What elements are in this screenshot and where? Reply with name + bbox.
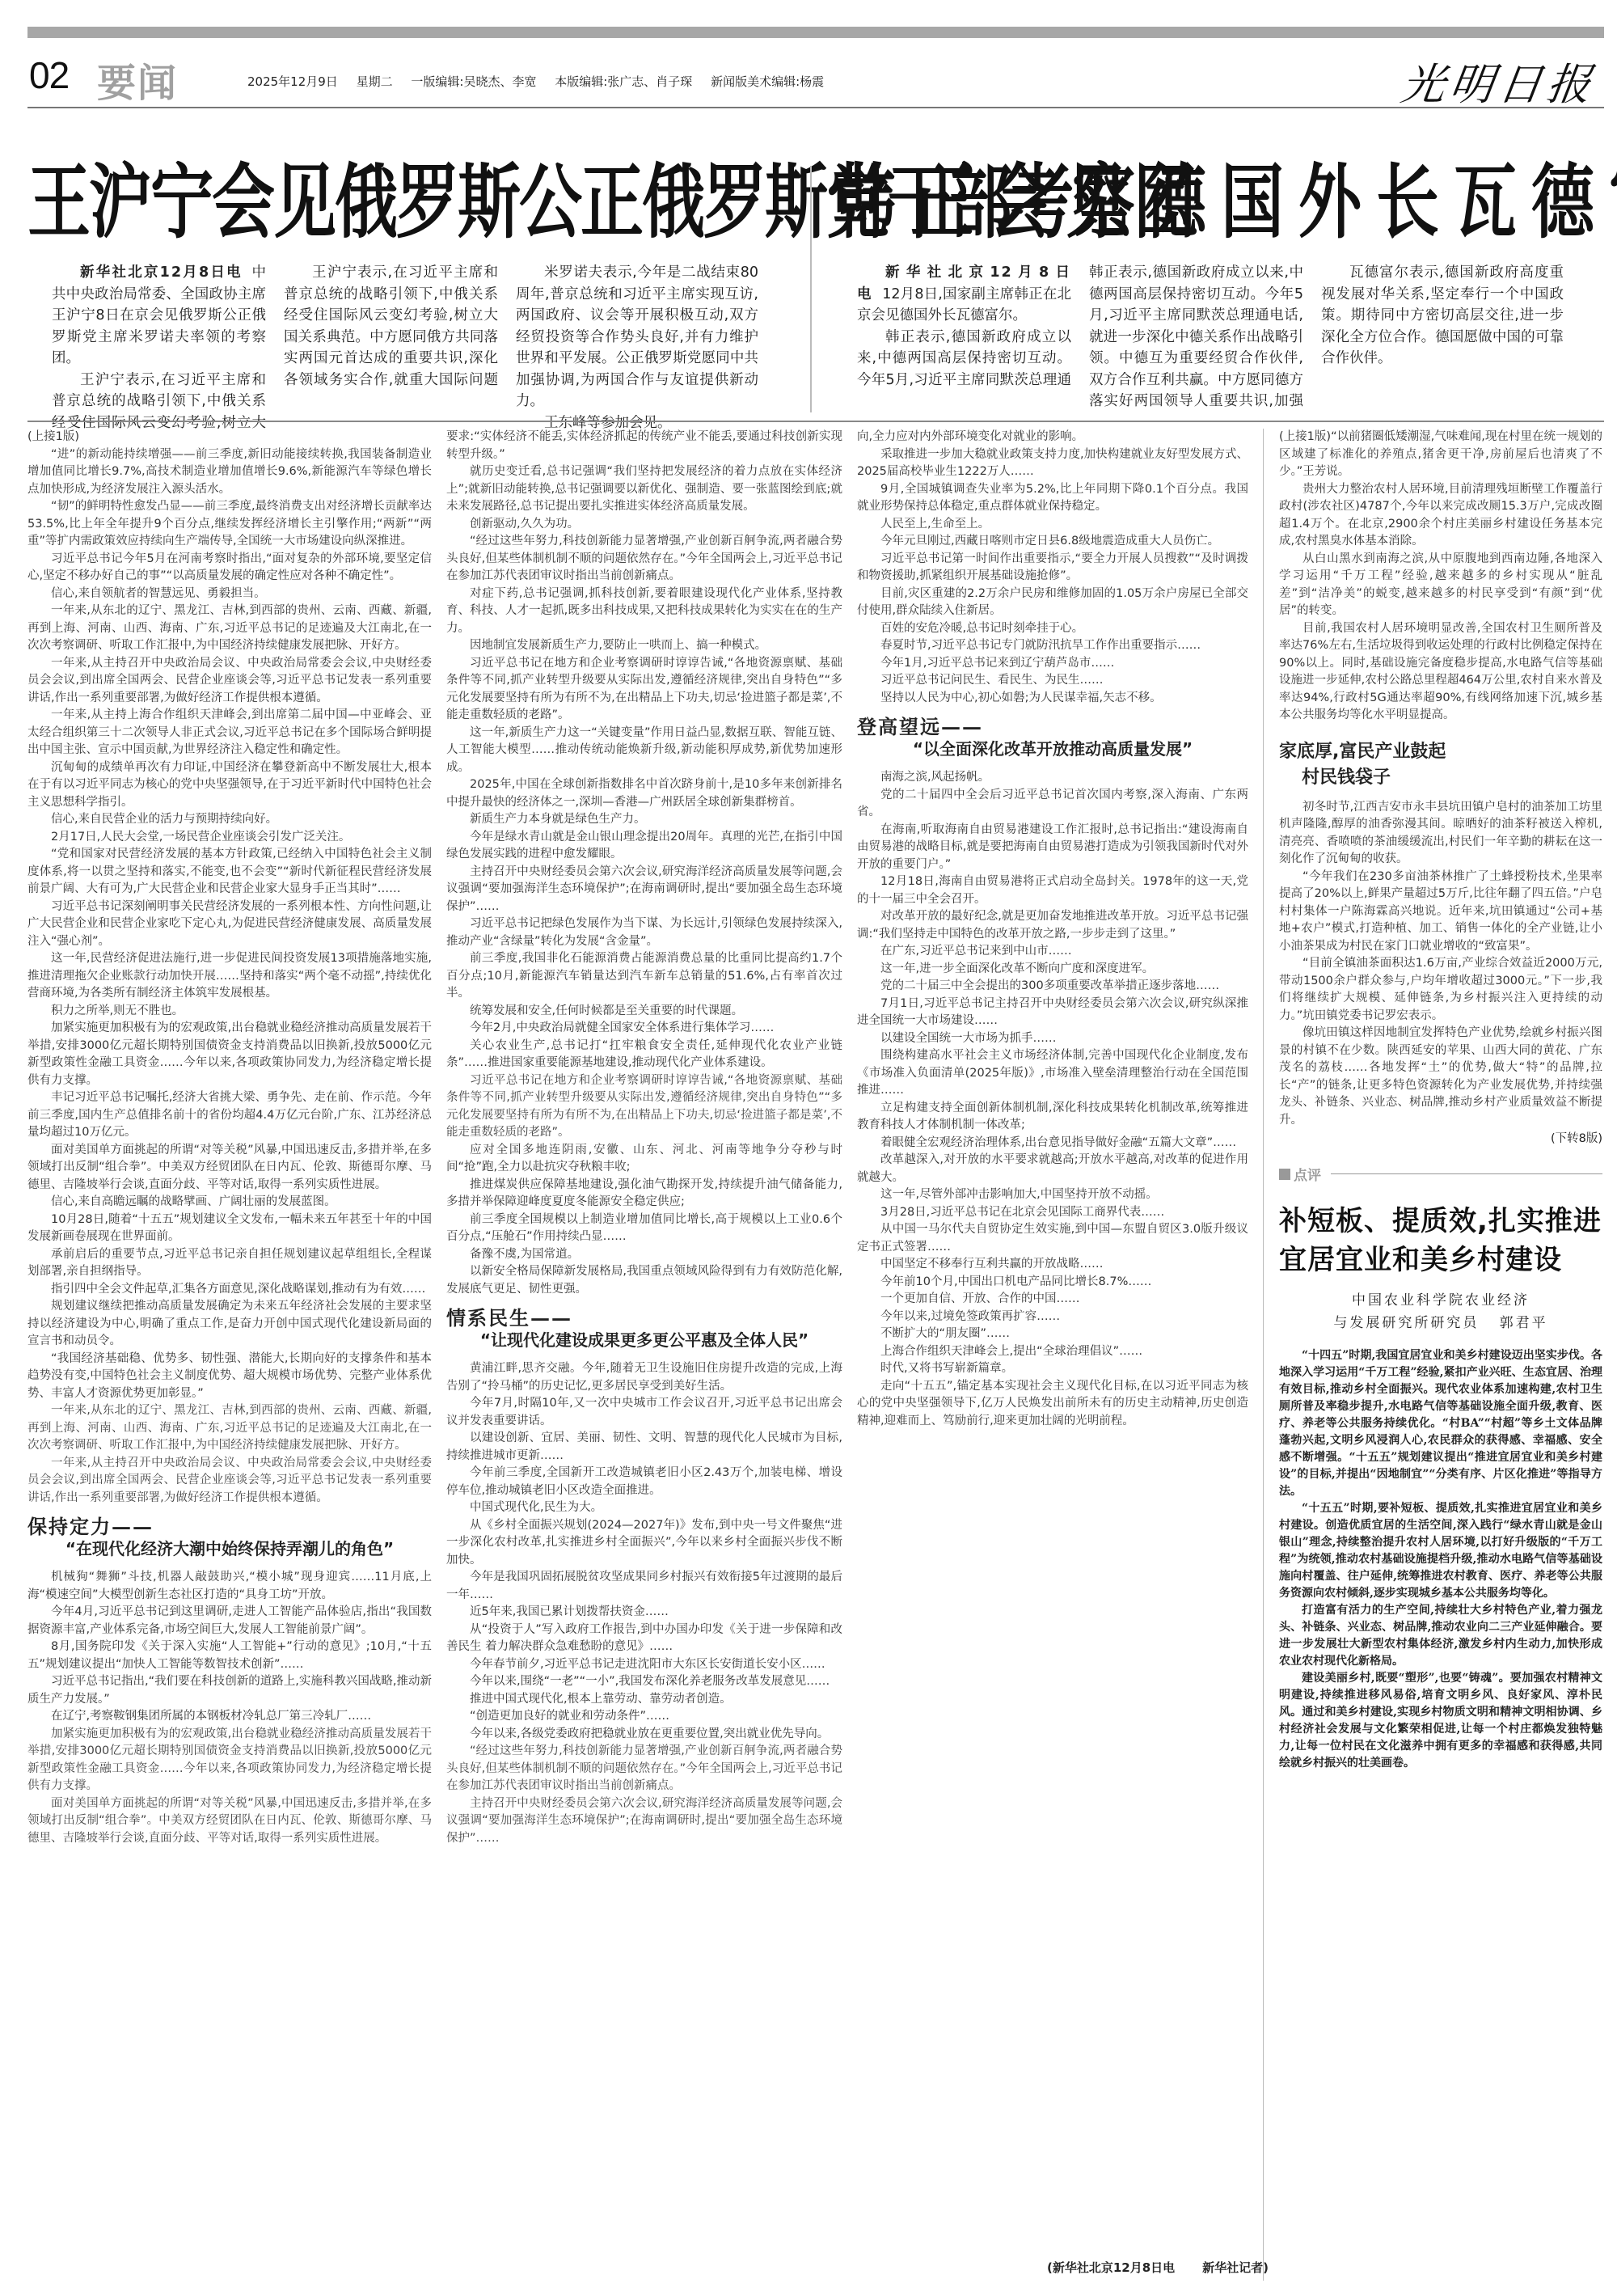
paragraph: 韩正表示,德国新政府成立以来,中德两国高层保持密切互动。今年5月,习近平主席同默… bbox=[857, 327, 1071, 393]
paragraph: 王沪宁表示,在习近平主席和普京总统的战略引领下,中俄关系经受住国际风云变幻考验,… bbox=[284, 262, 498, 391]
masthead: 02 要闻 2025年12月9日 星期二 一版编辑:吴晓杰、李宽 本版编辑:张广… bbox=[27, 49, 1604, 105]
commentary-author: 中国农业科学院农业经济 与发展研究所研究员 郭君平 bbox=[1279, 1289, 1602, 1334]
masthead-divider bbox=[27, 107, 1604, 108]
issue-info: 2025年12月9日 星期二 一版编辑:吴晓杰、李宽 本版编辑:张广志、肖子琛 … bbox=[247, 73, 838, 90]
continued-from: (上接1版) bbox=[1279, 430, 1331, 443]
continued-on-note[interactable]: (下转8版) bbox=[1279, 1129, 1602, 1146]
dateline: 新华社北京12月8日电 bbox=[80, 264, 243, 281]
headline[interactable]: 韩正会见德国外长瓦德富尔 bbox=[833, 162, 1601, 243]
story-column: 新华社北京12月8日电 12月8日,国家副主席韩正在北京会见德国外长瓦德富尔。 … bbox=[857, 262, 1071, 412]
paragraph: 贵州大力整治农村人居环境,目前清理残垣断壁工作覆盖行政村(涉农社区)4787个,… bbox=[1279, 481, 1602, 551]
paragraph: 瓦德富尔表示,德国新政府高度重视发展对华关系,坚定奉行一个中国政策。期待同中方密… bbox=[1321, 262, 1564, 370]
main-article: (上接1版) “进”的新动能持续增强——前三季度,新旧动能接续转换,我国装备制造… bbox=[27, 429, 1248, 2281]
paragraph: 王沪宁表示,在习近平主席和普京总统的战略引领下,中俄关系经受住国际风云变幻考验,… bbox=[52, 370, 266, 436]
subheading: 家底厚,富民产业鼓起 村民钱袋子 bbox=[1279, 739, 1602, 791]
article-column-3: 向,全力应对内外部环境变化对就业的影响。 采取推进一步加大稳就业政策支持力度,加… bbox=[857, 429, 1248, 2281]
newspaper-logo: 光明日报 bbox=[1398, 50, 1601, 112]
headline[interactable]: 王沪宁会见俄罗斯公正俄罗斯党干部考察团 bbox=[27, 162, 796, 243]
issue-weekday: 星期二 bbox=[357, 74, 393, 89]
subsection-kicker: 登高望远—— bbox=[857, 718, 1248, 736]
subsection-kicker: 情系民生—— bbox=[446, 1309, 842, 1327]
story-column: 新华社北京12月8日电 中共中央政治局常委、全国政协主席王沪宁8日在京会见俄罗斯… bbox=[52, 262, 266, 436]
paragraph: 目前,我国农村人居环境明显改善,全国农村卫生厕所普及率达76%左右,生活垃圾得到… bbox=[1279, 620, 1602, 725]
subsection-title: “在现代化经济大潮中始终保持弄潮儿的角色” bbox=[27, 1541, 432, 1558]
comment-section-label: 点评 bbox=[1279, 1164, 1602, 1184]
subsection-title: “以全面深化改革开放推动高质量发展” bbox=[857, 741, 1248, 759]
article-column-1: (上接1版) “进”的新动能持续增强——前三季度,新旧动能接续转换,我国装备制造… bbox=[27, 429, 432, 2281]
paragraph: 米罗诺夫表示,今年是二战结束80周年,普京总统和习近平主席实现互访,两国政府、议… bbox=[516, 262, 758, 412]
rural-revitalization-sidebar: (上接1版)“以前猪圈低矮潮湿,气味难闻,现在村里在统一规划的区域建了标准化的养… bbox=[1279, 429, 1602, 2281]
issue-date: 2025年12月9日 bbox=[247, 74, 338, 89]
story-column: 王沪宁表示,在习近平主席和普京总统的战略引领下,中俄关系经受住国际风云变幻考验,… bbox=[284, 262, 498, 436]
section-divider bbox=[27, 421, 1604, 422]
page-number: 02 bbox=[29, 53, 69, 97]
subsection-kicker: 保持定力—— bbox=[27, 1518, 432, 1536]
column-divider bbox=[1263, 429, 1264, 2281]
story-column: 瓦德富尔表示,德国新政府高度重视发展对华关系,坚定奉行一个中国政策。期待同中方密… bbox=[1321, 262, 1564, 412]
editors-art: 新闻版美术编辑:杨震 bbox=[711, 74, 824, 89]
square-bullet-icon bbox=[1279, 1169, 1290, 1180]
article-end-byline: (新华社北京12月8日电新华社记者) bbox=[1047, 2259, 1269, 2276]
subsection-title: “让现代化建设成果更多更公平惠及全体人民” bbox=[446, 1332, 842, 1350]
paragraph: 初冬时节,江西吉安市永丰县坑田镇户皂村的油茶加工坊里机声隆隆,醇厚的油香弥漫其间… bbox=[1279, 799, 1602, 869]
story-column: 韩正表示,德国新政府成立以来,中德两国高层保持密切互动。今年5月,习近平主席同默… bbox=[1089, 262, 1303, 412]
story-column: 米罗诺夫表示,今年是二战结束80周年,普京总统和习近平主席实现互访,两国政府、议… bbox=[516, 262, 758, 436]
paragraph: 从白山黑水到南海之滨,从中原腹地到西南边陲,各地深入学习运用“千万工程”经验,越… bbox=[1279, 551, 1602, 620]
editors-this-page: 本版编辑:张广志、肖子琛 bbox=[555, 74, 692, 89]
label-rule bbox=[1331, 1173, 1602, 1174]
commentary-headline[interactable]: 补短板、提质效,扎实推进 宜居宜业和美乡村建设 bbox=[1279, 1202, 1602, 1279]
editors-front-page: 一版编辑:吴晓杰、李宽 bbox=[411, 74, 536, 89]
top-decorative-bar bbox=[27, 27, 1604, 38]
story-divider bbox=[810, 166, 812, 412]
paragraph: “今年我们在230多亩油茶林推广了土蜂授粉技术,坐果率提高了20%以上,鲜果产量… bbox=[1279, 869, 1602, 956]
paragraph: 韩正表示,德国新政府成立以来,中德两国高层保持密切互动。今年5月,习近平主席同默… bbox=[1089, 262, 1303, 412]
story-body: 新华社北京12月8日电 12月8日,国家副主席韩正在北京会见德国外长瓦德富尔。 … bbox=[857, 262, 1601, 412]
article-column-2: 要求:“实体经济不能丢,实体经济抓起的传统产业不能丢,要通过科技创新实现转型升级… bbox=[446, 429, 842, 2281]
story-han-zheng: 韩正会见德国外长瓦德富尔 新华社北京12月8日电 12月8日,国家副主席韩正在北… bbox=[833, 162, 1601, 225]
section-name: 要闻 bbox=[97, 52, 178, 108]
paragraph: 像坑田镇这样因地制宜发挥特色产业优势,绘就乡村振兴图景的村镇不在少数。陕西延安的… bbox=[1279, 1025, 1602, 1129]
author-name: 郭君平 bbox=[1500, 1315, 1548, 1331]
commentary-body: “十四五”时期,我国宜居宜业和美乡村建设迈出坚实步伐。各地深入学习运用“千万工程… bbox=[1279, 1347, 1602, 1772]
story-wang-huning: 王沪宁会见俄罗斯公正俄罗斯党干部考察团 新华社北京12月8日电 中共中央政治局常… bbox=[27, 162, 796, 225]
continued-from: (上接1版) bbox=[27, 429, 432, 446]
story-body: 新华社北京12月8日电 中共中央政治局常委、全国政协主席王沪宁8日在京会见俄罗斯… bbox=[52, 262, 796, 436]
paragraph: “目前全镇油茶面积达1.6万亩,产业综合效益近2000万元,带动1500余户群众… bbox=[1279, 955, 1602, 1025]
